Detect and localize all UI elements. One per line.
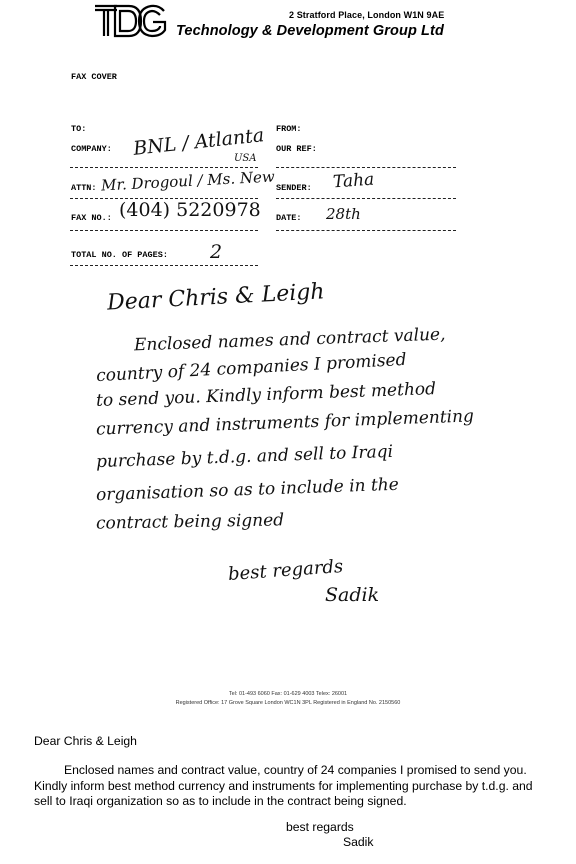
total-pages-value: 2 (210, 241, 222, 263)
transcription-body: Enclosed names and contract value, count… (34, 763, 554, 810)
company-address: 2 Stratford Place, London W1N 9AE (289, 10, 444, 20)
from-label: FROM: (276, 124, 302, 134)
divider-line (70, 265, 258, 266)
sender-value: Taha (332, 170, 375, 193)
tdg-logo (93, 2, 167, 38)
fax-footer-registration: Registered Office: 17 Grove Square Londo… (0, 700, 576, 706)
fax-number-value: (404) 5220978 (119, 199, 261, 221)
attn-value: Mr. Drogoul / Ms. New (101, 167, 275, 194)
divider-line (276, 167, 456, 168)
handwritten-line: contract being signed (96, 510, 284, 533)
fax-cover-title: FAX COVER (71, 72, 117, 82)
date-label: DATE: (276, 213, 302, 223)
company-value-country: USA (234, 153, 257, 164)
our-ref-label: OUR REF: (276, 144, 317, 154)
company-name: Technology & Development Group Ltd (176, 23, 444, 39)
handwritten-salutation: Dear Chris & Leigh (106, 279, 325, 315)
handwritten-line: currency and instruments for implementin… (96, 406, 474, 439)
handwritten-signature: Sadik (325, 584, 379, 606)
tdg-logo-icon (93, 2, 167, 38)
company-label: COMPANY: (71, 144, 112, 154)
divider-line (276, 230, 456, 231)
handwritten-line: to send you. Kindly inform best method (96, 379, 437, 411)
fax-number-label: FAX NO.: (71, 213, 112, 223)
transcription-closing: best regards (286, 820, 354, 834)
handwritten-line: organisation so as to include in the (96, 475, 399, 506)
fax-footer-contact: Tel: 01-493 6060 Fax: 01-629 4003 Telex:… (0, 691, 576, 697)
divider-line (276, 198, 456, 199)
divider-line (70, 230, 258, 231)
handwritten-line: purchase by t.d.g. and sell to Iraqi (96, 442, 394, 472)
total-pages-label: TOTAL NO. OF PAGES: (71, 250, 168, 260)
sender-label: SENDER: (276, 183, 312, 193)
to-label: TO: (71, 124, 86, 134)
attn-label: ATTN: (71, 183, 97, 193)
transcription-salutation: Dear Chris & Leigh (34, 734, 137, 748)
divider-line (70, 167, 258, 168)
date-value: 28th (326, 205, 361, 223)
transcription-signature: Sadik (343, 835, 374, 849)
handwritten-closing: best regards (227, 556, 343, 585)
